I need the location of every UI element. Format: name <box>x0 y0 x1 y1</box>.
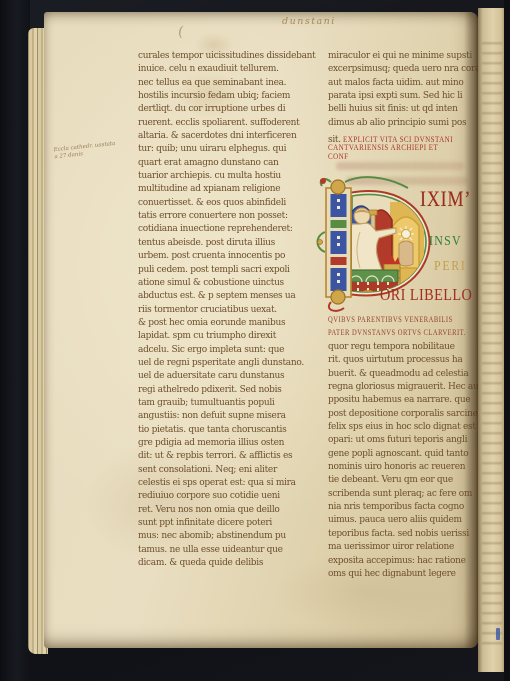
text-line: nec tellus ea que seminabant inea. <box>138 77 328 90</box>
text-line: altaria. & sacerdotes dni interficeren <box>138 130 328 143</box>
text-line: riis tormentor cruciatibus uexat. <box>138 304 328 317</box>
facing-page-blue-initial-mark <box>496 628 500 640</box>
text-line: scribenda sunt pleraq; ac fere om <box>328 488 480 501</box>
text-line: dertliqt. du cor irruptione urbes di <box>138 103 328 116</box>
text-line: felix sps eius in hoc sclo dignat est <box>328 421 480 434</box>
text-line: dicam. & queda quide delibis <box>138 557 328 570</box>
text-line: gre pdigia ad memoria illius osten <box>138 437 328 450</box>
text-line: rediuiuo corpore suo cotidie ueni <box>138 490 328 503</box>
explicit-line: sit. EXPLICIT VITA SCI DVNSTANI <box>328 130 468 143</box>
text-line: tur: quib; unu uiraru elphegus. qui <box>138 143 328 156</box>
text-line: parata ipsi expti sum. Sed hic li <box>328 90 478 103</box>
running-header: dunstani <box>282 16 336 27</box>
display-word-peri: PERI <box>434 259 467 275</box>
text-line: ruerent. ecclis spoliarent. suffoderent <box>138 117 328 130</box>
display-word-insv: INSV <box>429 234 462 250</box>
text-line: lapidat. spm cu triumpho direxit <box>138 330 328 343</box>
gutter-shadow <box>464 12 478 648</box>
text-line: tam grauib; tumultuantis populi <box>138 397 328 410</box>
text-line: dit: ut & repbis terrori. & afflictis es <box>138 450 328 463</box>
text-line: excerpsimusq; queda uero nra coram <box>328 63 478 76</box>
text-line: urbem. post cruenta innocentis po <box>138 250 328 263</box>
text-line: oms qui hec dignabunt legere <box>328 568 480 581</box>
text-line: ma uerissimor uiror relatione <box>328 541 480 554</box>
text-line: tuarior archiepis. cu multa hostiu <box>138 170 328 183</box>
marginal-note: Eccla cathedr. uastata a 27 danis <box>53 141 116 161</box>
text-line: puli cedem. post templi sacri expoli <box>138 264 328 277</box>
left-text-column: curales tempor uicissitudines dissideban… <box>138 50 328 570</box>
text-line: mus: nec abomib; abstinendum pu <box>138 530 328 543</box>
text-line: sent consolationi. Neq; eni aliter <box>138 464 328 477</box>
text-line: dimus ab alio principio sumi pos <box>328 117 478 130</box>
text-line: atione simul & cobustione uinctus <box>138 277 328 290</box>
text-line: buerit. & queadmodu ad celestia <box>328 368 480 381</box>
erased-rubric-line <box>336 162 464 170</box>
text-line: cotidiana inuectione reprehenderet: <box>138 223 328 236</box>
text-line: conuertisset. & eos quos abinfideli <box>138 197 328 210</box>
rubric-text: CANTVARIENSIS ARCHIEPI ET CONF <box>328 143 460 161</box>
right-text-column-body: quor regu tempora nobilitauerit. quos ui… <box>328 341 480 581</box>
text-line: tamus. ne ulla esse uideantur que <box>138 544 328 557</box>
text-line: uel de aduersitate caru dunstanus <box>138 370 328 383</box>
text-line: curales tempor uicissitudines dissideban… <box>138 50 328 63</box>
text-line: abductus est. & p septem menses ua <box>138 290 328 303</box>
text-line: gene popli agnoscant. quid tanto <box>328 448 480 461</box>
text-line: uel de regni psperitate angli dunstano. <box>138 357 328 370</box>
right-text-column-top: miraculor ei qui ne minime supstiexcerps… <box>328 50 478 130</box>
text-line: nominis uiro honoris ac reueren <box>328 461 480 474</box>
text-line: inuice. celu n exaudiuit tellurem. <box>138 63 328 76</box>
incipit-capitals-line1: QVIBVS PARENTIBVS VENERABILIS <box>328 315 453 324</box>
facing-page-ghost-text <box>482 38 502 648</box>
text-line: regna gloriosus migrauerit. Hec aut <box>328 381 480 394</box>
text-line: quor regu tempora nobilitaue <box>328 341 480 354</box>
text-line: ret. Veru nos non omia que deillo <box>138 504 328 517</box>
text-line: quart erat amagno dunstano can <box>138 157 328 170</box>
text-line: belli huius sit finis: ut qd inten <box>328 103 478 116</box>
text-line: exposita accepimus: hac ratione <box>328 555 480 568</box>
incipit-capitals-line2: PATER DVNSTANVS ORTVS CLARVERIT. <box>328 328 466 337</box>
manuscript-photo: dunstani ( Eccla cathedr. uastata a 27 d… <box>0 0 510 681</box>
text-line: teporibus facta. sed nobis uerissi <box>328 528 480 541</box>
text-line: hostilis incursio fedam ubiq; faciem <box>138 90 328 103</box>
text-line: adcelu. Sic ergo impleta sunt: que <box>138 344 328 357</box>
text-line: rit. quos uirtutum processus ha <box>328 354 480 367</box>
text-line: multitudine ad xpianam religione <box>138 183 328 196</box>
pen-mark: ( <box>177 24 185 41</box>
text-line: sunt ppt infinitate dicere poteri <box>138 517 328 530</box>
text-line: miraculor ei qui ne minime supsti <box>328 50 478 63</box>
display-word-ori-libello: ORI LIBELLO <box>380 285 472 305</box>
text-line: tentus abeisde. post diruta illius <box>138 237 328 250</box>
facing-page-edge <box>478 8 505 672</box>
text-line: post depositione corporalis sarcine <box>328 408 480 421</box>
text-line: regi athelredo pdixerit. Sed nobis <box>138 384 328 397</box>
text-line: tio pietatis. que tanta choruscantis <box>138 424 328 437</box>
photo-right-edge <box>504 0 510 681</box>
text-line: uimus. pauca uero aliis quidem <box>328 514 480 527</box>
text-line: angustiis: non defuit supne misera <box>138 410 328 423</box>
text-line: tatis errore conuertere non posset: <box>138 210 328 223</box>
text-line: opari: ut oms futuri teporis angli <box>328 434 480 447</box>
manuscript-page: dunstani ( Eccla cathedr. uastata a 27 d… <box>44 12 478 648</box>
book-binding-left <box>0 0 30 681</box>
text-line: & post hec omia eorunde manibus <box>138 317 328 330</box>
text-line: celestis ei sps operat est: qua si mira <box>138 477 328 490</box>
text-line: ppositu habemus ea narrare. que <box>328 394 480 407</box>
text-line: aut malos facta uidim. aut mino <box>328 77 478 90</box>
text-line: nia nris temporibus facta cogno <box>328 501 480 514</box>
text-line: tie debeant. Veru qm eor que <box>328 474 480 487</box>
rubric-explicit-line2: CANTVARIENSIS ARCHIEPI ET CONF <box>328 143 478 163</box>
